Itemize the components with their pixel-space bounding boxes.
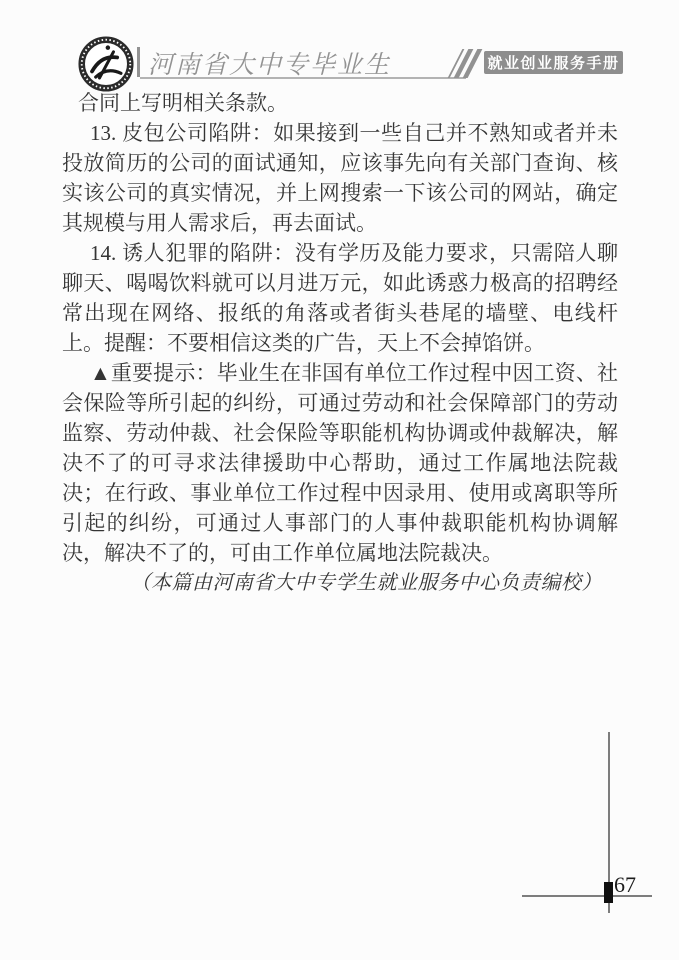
header-badge: 就业创业服务手册	[484, 51, 623, 74]
header-divider-bar	[137, 47, 140, 77]
diagonal-slashes-icon	[448, 49, 483, 78]
paragraph-item-13: 13. 皮包公司陷阱：如果接到一些自己并不熟知或者并未投放简历的公司的面试通知，…	[62, 118, 618, 238]
paragraph-item-14: 14. 诱人犯罪的陷阱：没有学历及能力要求，只需陪人聊聊天、喝喝饮料就可以月进万…	[62, 238, 618, 358]
paragraph-continuation: 合同上写明相关条款。	[62, 88, 618, 118]
attribution-line: （本篇由河南省大中专学生就业服务中心负责编校）	[62, 568, 618, 598]
header-rule-line	[140, 77, 466, 79]
brand-title: 河南省大中专毕业生	[148, 45, 391, 81]
page-body: 合同上写明相关条款。 13. 皮包公司陷阱：如果接到一些自己并不熟知或者并未投放…	[62, 88, 618, 598]
document-page: 河南省大中专毕业生 就业创业服务手册 合同上写明相关条款。 13. 皮包公司陷阱…	[0, 0, 679, 960]
corner-tick-mark	[604, 882, 613, 903]
paragraph-important-note: ▲重要提示：毕业生在非国有单位工作过程中因工资、社会保险等所引起的纠纷，可通过劳…	[62, 358, 618, 568]
page-number: 67	[614, 872, 636, 898]
circular-seal-logo-icon	[78, 36, 134, 92]
